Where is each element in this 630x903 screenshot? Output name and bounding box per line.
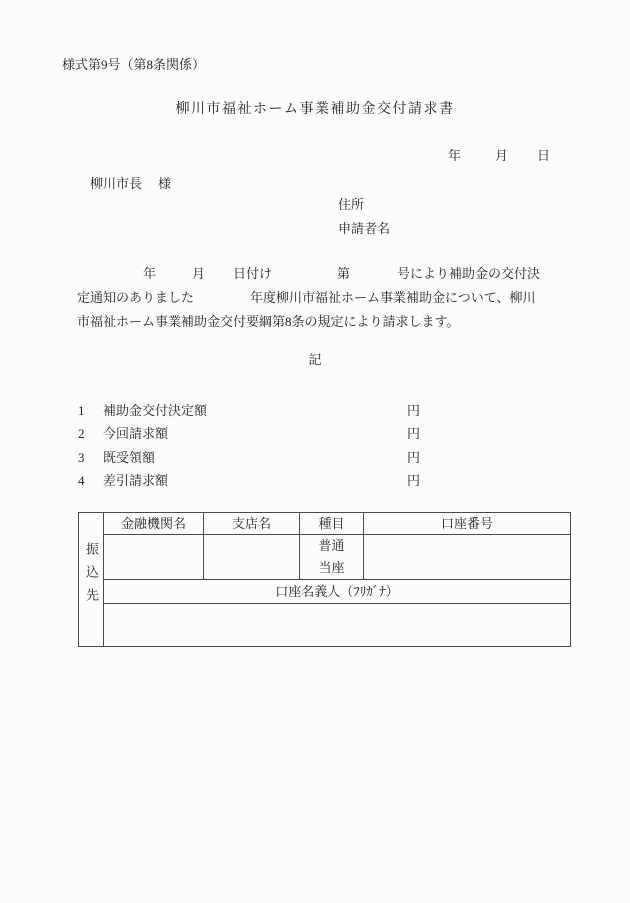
account-holder-header: 口座名義人（ﾌﾘｶﾞﾅ）	[104, 580, 571, 604]
transfer-destination-header: 振込先	[79, 513, 104, 647]
document-page: 様式第9号（第8条関係） 柳川市福祉ホーム事業補助金交付請求書 年 月 日 柳川…	[0, 0, 630, 903]
body-line1-day: 日付け	[233, 266, 272, 282]
body-line2-part2: 年度柳川市福祉ホーム事業補助金について、柳川	[250, 290, 535, 306]
body-line1-rest: 号により補助金の交付決	[397, 266, 540, 282]
amount-item-number: 1	[78, 403, 85, 419]
amount-item-label: 補助金交付決定額	[103, 403, 207, 419]
amount-item-number: 4	[78, 473, 85, 489]
date-year-label: 年	[448, 148, 461, 164]
financial-institution-cell	[104, 535, 204, 580]
addressee-honorific: 様	[158, 176, 171, 192]
amount-item-label: 今回請求額	[103, 426, 168, 442]
date-day-label: 日	[537, 148, 550, 164]
amount-item-unit: 円	[407, 473, 420, 489]
amount-item-number: 3	[78, 450, 85, 466]
branch-name-cell	[204, 535, 300, 580]
amount-item-label: 既受領額	[103, 450, 155, 466]
column-header-account-type: 種目	[300, 513, 364, 535]
amount-item-unit: 円	[407, 403, 420, 419]
form-number-label: 様式第9号（第8条関係）	[62, 57, 205, 73]
amount-item-unit: 円	[407, 426, 420, 442]
amount-item-unit: 円	[407, 450, 420, 466]
document-title: 柳川市福祉ホーム事業補助金交付請求書	[0, 102, 630, 118]
body-line1-number-prefix: 第	[337, 266, 350, 282]
account-number-cell	[364, 535, 571, 580]
body-line1-month: 月	[192, 266, 205, 282]
column-header-account-number: 口座番号	[364, 513, 571, 535]
account-type-ordinary: 普通	[300, 535, 363, 557]
date-month-label: 月	[495, 148, 508, 164]
section-marker: 記	[0, 352, 630, 368]
amount-item-number: 2	[78, 426, 85, 442]
account-holder-cell	[104, 604, 571, 647]
account-type-current: 当座	[300, 557, 363, 579]
applicant-address-label: 住所	[338, 197, 364, 213]
body-line1-year: 年	[143, 266, 156, 282]
applicant-name-label: 申請者名	[338, 221, 390, 237]
column-header-branch-name: 支店名	[204, 513, 300, 535]
amount-item-label: 差引請求額	[103, 473, 168, 489]
transfer-destination-label: 振込先	[81, 542, 101, 611]
body-line3: 市福祉ホーム事業補助金交付要綱第8条の規定により請求します。	[77, 314, 459, 330]
account-type-cell: 普通 当座	[300, 535, 364, 580]
column-header-financial-institution: 金融機関名	[104, 513, 204, 535]
bank-transfer-table: 振込先 金融機関名 支店名 種目 口座番号 普通 当座 口座名義人（ﾌﾘｶﾞﾅ）	[78, 512, 571, 647]
addressee-name: 柳川市長	[90, 176, 142, 192]
body-line2-part1: 定通知のありました	[77, 290, 194, 306]
